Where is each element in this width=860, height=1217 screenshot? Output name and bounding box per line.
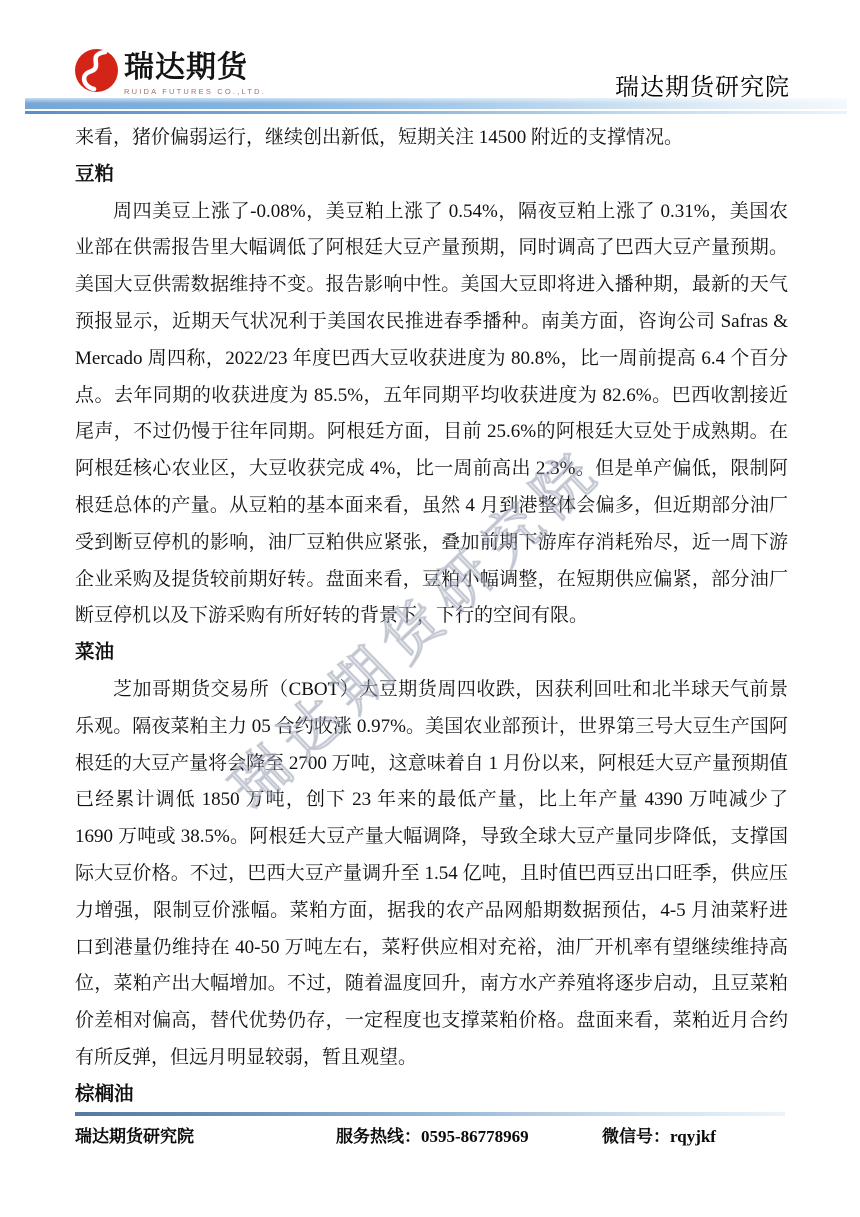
logo-brand-subtitle: RUIDA FUTURES CO.,LTD. (124, 87, 266, 96)
company-logo: 瑞达期货 RUIDA FUTURES CO.,LTD. (73, 47, 266, 96)
footer-hotline-label: 服务热线： (336, 1127, 421, 1146)
section-paragraph-rapeseed-oil: 芝加哥期货交易所（CBOT）大豆期货周四收跌，因获利回吐和北半球天气前景乐观。隔… (75, 672, 788, 1077)
header-divider-bar (25, 98, 847, 114)
logo-text: 瑞达期货 RUIDA FUTURES CO.,LTD. (124, 47, 266, 96)
footer-institute-name: 瑞达期货研究院 (75, 1122, 194, 1147)
section-heading-palm-oil: 棕榈油 (75, 1077, 788, 1110)
header-bar-underline (25, 111, 847, 114)
section-paragraph-soybean-meal: 周四美豆上涨了-0.08%，美豆粕上涨了 0.54%，隔夜豆粕上涨了 0.31%… (75, 194, 788, 636)
footer-hotline: 服务热线：0595-86778969 (336, 1122, 529, 1147)
footer-hotline-number: 0595-86778969 (421, 1127, 529, 1146)
header-bar-main (25, 98, 847, 109)
footer-wechat-id: rqyjkf (670, 1127, 716, 1146)
footer-wechat-label: 微信号： (602, 1127, 670, 1146)
footer-divider (75, 1112, 785, 1116)
section-heading-rapeseed-oil: 菜油 (75, 635, 788, 672)
report-page: 瑞达期货 RUIDA FUTURES CO.,LTD. 瑞达期货研究院 来看，猪… (0, 0, 860, 1217)
intro-paragraph: 来看，猪价偏弱运行，继续创出新低，短期关注 14500 附近的支撑情况。 (75, 120, 788, 157)
ruida-logo-icon (73, 47, 120, 94)
header-institute-title: 瑞达期货研究院 (615, 67, 790, 102)
section-heading-soybean-meal: 豆粕 (75, 157, 788, 194)
report-body: 来看，猪价偏弱运行，继续创出新低，短期关注 14500 附近的支撑情况。 豆粕 … (75, 120, 788, 1110)
footer-wechat: 微信号：rqyjkf (602, 1122, 716, 1147)
logo-brand-name: 瑞达期货 (124, 52, 266, 84)
